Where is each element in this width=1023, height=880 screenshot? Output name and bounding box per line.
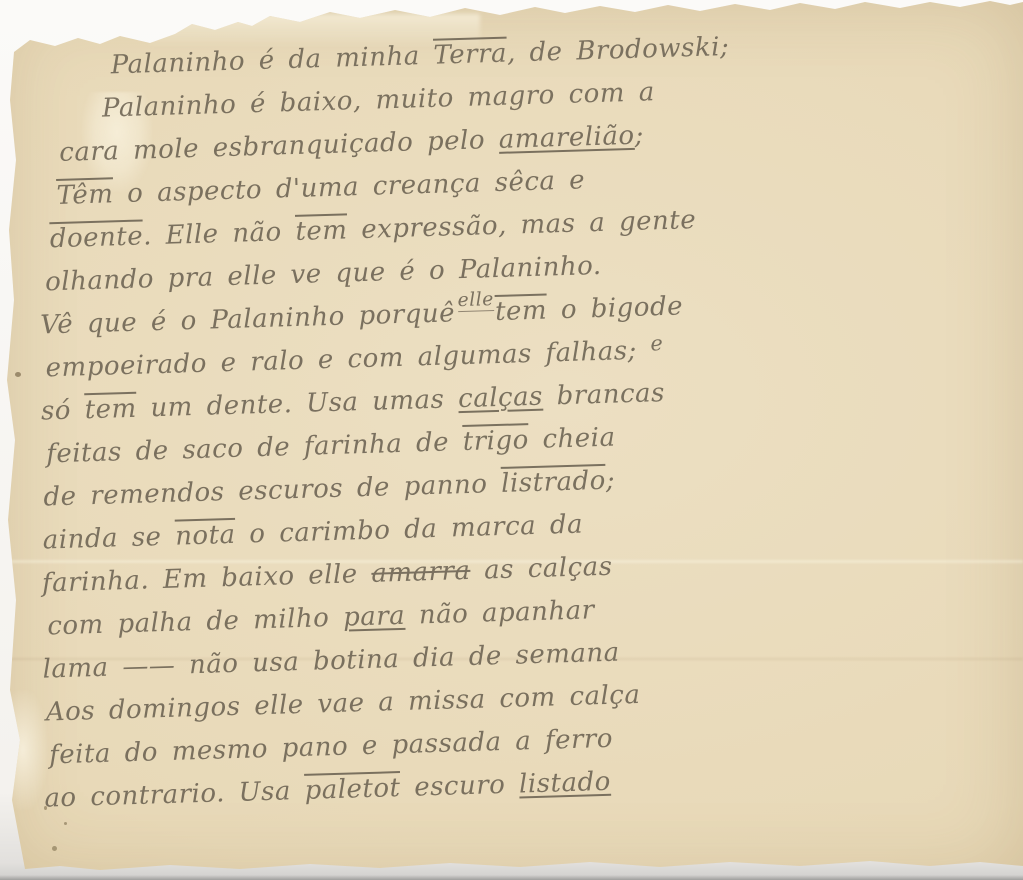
text-segment: tem: [295, 215, 348, 247]
text-segment: de remendos escuros de panno: [43, 469, 502, 513]
text-segment: o aspecto d'uma creança sêca e: [113, 165, 586, 209]
text-segment: e: [650, 322, 664, 365]
text-segment: cheia: [528, 423, 616, 456]
paper-sheet: Palaninho é da minha Terra, de Brodowski…: [0, 0, 1023, 880]
text-segment: , de Brodowski;: [507, 32, 730, 69]
text-segment: Vê que é o Palaninho porquê: [40, 298, 455, 340]
text-segment: com palha de milho: [47, 603, 344, 642]
text-segment: ;: [605, 466, 615, 496]
text-segment: um dente. Usa umas: [136, 384, 458, 424]
text-segment: expressão, mas a gente: [347, 205, 697, 245]
text-segment: amarelião: [498, 121, 635, 155]
text-segment: o bigode: [547, 291, 684, 325]
inserted-word: elle: [457, 291, 494, 312]
text-segment: escuro: [400, 770, 519, 804]
text-segment: só: [41, 395, 86, 426]
text-segment: amarra: [371, 556, 471, 589]
text-segment: cara mole esbranquiçado pelo: [59, 125, 499, 168]
text-segment: Terra: [433, 39, 507, 71]
text-segment: ainda se: [42, 522, 175, 556]
text-segment: . Elle não: [143, 217, 296, 252]
text-segment: ao contrario. Usa: [44, 776, 305, 814]
text-segment: farinha. Em baixo elle: [42, 559, 372, 599]
scanned-page: Palaninho é da minha Terra, de Brodowski…: [0, 0, 1023, 880]
text-segment: não apanhar: [405, 595, 595, 631]
text-segment: paletot: [304, 773, 401, 806]
text-segment: ;: [634, 121, 644, 151]
text-segment: Têm: [56, 179, 114, 211]
text-segment: calças: [458, 382, 544, 415]
text-segment: nota: [175, 520, 236, 552]
ink-speck: [64, 822, 67, 825]
scanner-edge-shadow: [0, 875, 1023, 880]
text-segment: tem: [84, 394, 137, 426]
text-segment: listado: [519, 767, 612, 800]
text-segment: doente: [49, 221, 143, 254]
text-segment: listrado: [501, 466, 607, 499]
text-segment: feitas de saco de farinha de: [46, 427, 463, 469]
manuscript-text: Palaninho é da minha Terra, de Brodowski…: [0, 18, 1021, 822]
ink-speck: [52, 846, 57, 851]
text-segment: Palaninho é da minha: [110, 41, 434, 81]
text-segment: brancas: [542, 378, 665, 412]
text-segment: as calças: [470, 552, 613, 586]
text-segment: o carimbo da marca da: [235, 510, 583, 550]
text-segment: para: [343, 601, 406, 633]
text-segment: tem: [495, 295, 548, 327]
text-segment: trigo: [462, 425, 529, 457]
